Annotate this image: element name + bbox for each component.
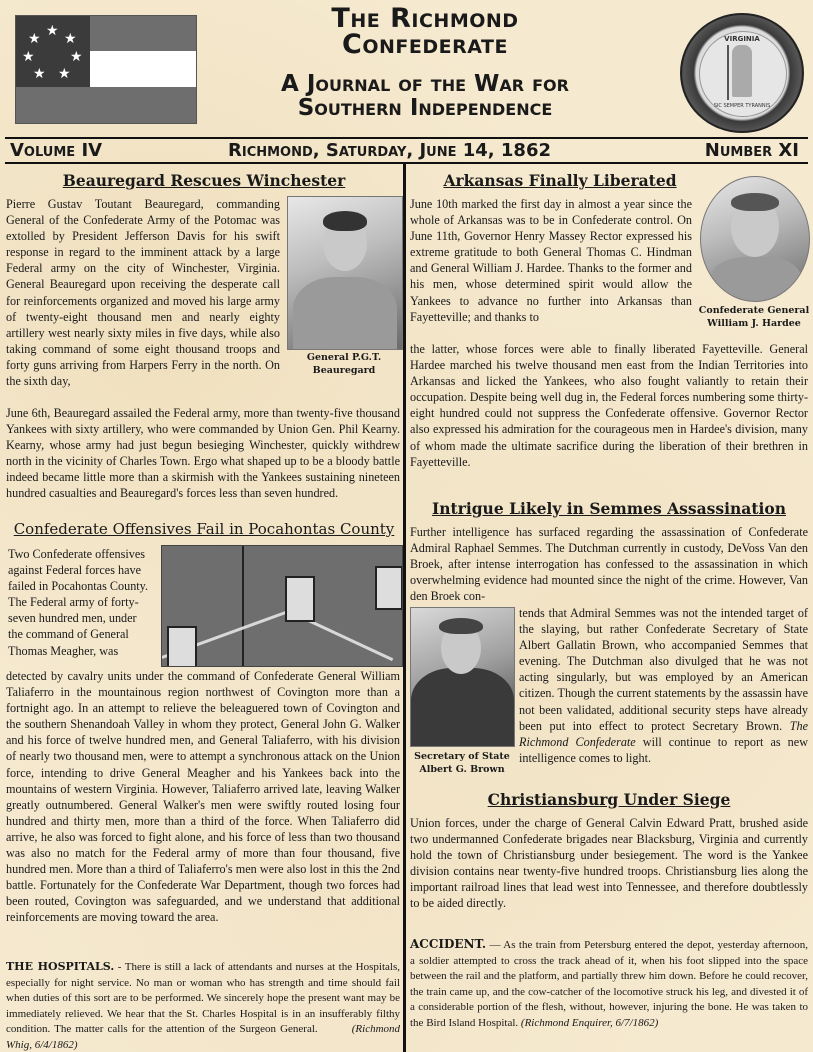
masthead-rule-top <box>5 137 808 139</box>
battle-map-image <box>161 545 403 667</box>
accident-notice: ACCIDENT. — As the train from Petersburg… <box>410 937 808 1031</box>
caption-line: Secretary of State <box>408 750 516 763</box>
flag-canton: ★ ★ ★ ★ ★ ★ ★ <box>16 16 90 87</box>
issue-number: Number XI <box>705 140 799 161</box>
brown-portrait-image <box>410 607 515 747</box>
brown-caption: Secretary of State Albert G. Brown <box>408 750 516 776</box>
headline-beauregard: Beauregard Rescues Winchester <box>5 171 403 190</box>
pocahontas-body-wrap: Two Confederate offensives against Feder… <box>8 546 154 659</box>
caption-line: William J. Hardee <box>695 317 813 330</box>
caption-line: General P.G.T. <box>287 351 401 364</box>
accident-notice-text: — As the train from Petersburg entered t… <box>410 939 808 1029</box>
virginia-seal-icon: VIRGINIA SIC SEMPER TYRANNIS <box>680 13 804 133</box>
semmes-body-wrap: tends that Admiral Semmes was not the in… <box>519 605 808 766</box>
caption-line: Albert G. Brown <box>408 763 516 776</box>
accident-notice-label: ACCIDENT. <box>410 937 486 951</box>
caption-line: Confederate General <box>695 304 813 317</box>
beauregard-portrait-image <box>287 196 403 350</box>
semmes-text: tends that Admiral Semmes was not the in… <box>519 606 808 733</box>
confederate-flag-icon: ★ ★ ★ ★ ★ ★ ★ <box>15 15 197 124</box>
issue-date: Richmond, Saturday, June 14, 1862 <box>228 140 551 161</box>
newspaper-subtitle-line2: Southern Independence <box>200 96 650 120</box>
caption-line: Beauregard <box>287 364 401 377</box>
dateline: Volume IV Richmond, Saturday, June 14, 1… <box>8 140 805 162</box>
pocahontas-body: detected by cavalry units under the comm… <box>6 668 400 926</box>
seal-text-bottom: SIC SEMPER TYRANNIS <box>682 103 802 109</box>
newspaper-subtitle-line1: A Journal of the War for <box>200 72 650 96</box>
christiansburg-body: Union forces, under the charge of Genera… <box>410 815 808 912</box>
accident-notice-source: (Richmond Enquirer, 6/7/1862) <box>521 1017 658 1029</box>
headline-arkansas: Arkansas Finally Liberated <box>410 171 710 190</box>
hardee-caption: Confederate General William J. Hardee <box>695 304 813 330</box>
beauregard-caption: General P.G.T. Beauregard <box>287 351 401 377</box>
hospitals-notice-label: THE HOSPITALS. <box>6 960 114 973</box>
hospitals-notice: THE HOSPITALS. - There is still a lack o… <box>6 959 400 1052</box>
beauregard-body: June 6th, Beauregard assailed the Federa… <box>6 405 400 502</box>
column-divider <box>403 164 406 1052</box>
headline-pocahontas: Confederate Offensives Fail in Pocahonta… <box>5 520 403 538</box>
masthead-title: The Richmond Confederate A Journal of th… <box>200 6 650 120</box>
arkansas-body-wrap: June 10th marked the first day in almost… <box>410 196 692 325</box>
seal-text-top: VIRGINIA <box>682 35 802 43</box>
newspaper-name-line2: Confederate <box>200 32 650 58</box>
volume-label: Volume IV <box>10 140 102 161</box>
beauregard-body-wrap: Pierre Gustav Toutant Beauregard, comman… <box>6 196 280 389</box>
arkansas-body: the latter, whose forces were able to fi… <box>410 341 808 470</box>
hardee-portrait-image <box>700 176 810 302</box>
headline-semmes: Intrigue Likely in Semmes Assassination <box>410 499 808 518</box>
headline-christiansburg: Christiansburg Under Siege <box>410 790 808 809</box>
masthead-rule-bottom <box>5 162 808 164</box>
semmes-body-top: Further intelligence has surfaced regard… <box>410 524 808 604</box>
